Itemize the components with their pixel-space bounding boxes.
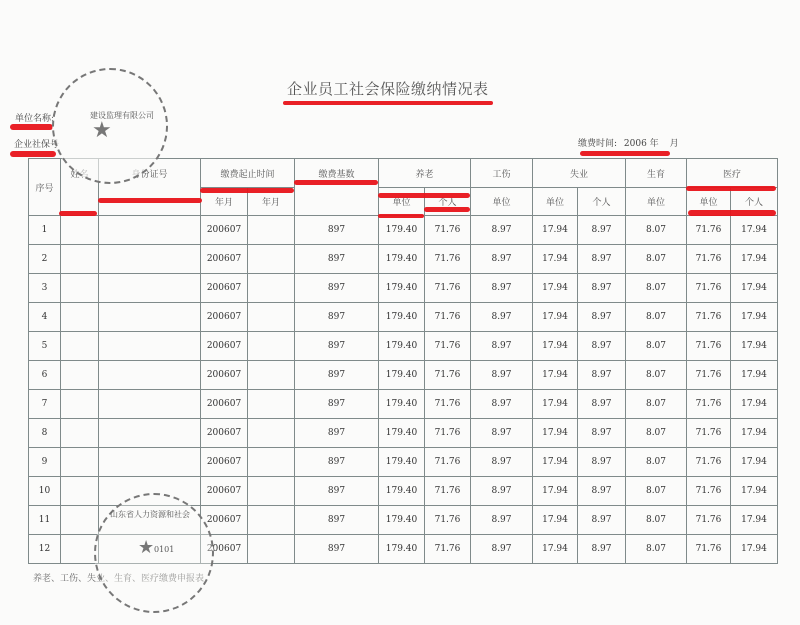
cell-pension-unit: 179.40 [379,216,425,245]
start-time-header-redaction [200,188,294,193]
cell-unemp-unit: 17.94 [533,448,578,477]
cell-unemp-unit: 17.94 [533,245,578,274]
cell-maternity-unit: 8.07 [626,274,687,303]
cell-name [61,245,99,274]
cell-maternity-unit: 8.07 [626,303,687,332]
payment-month-label: 月 [670,139,679,149]
cell-seq: 12 [29,535,61,564]
cell-medical-person: 17.94 [731,506,778,535]
cell-injury-unit: 8.97 [471,274,533,303]
base-header-redaction [294,180,378,185]
cell-start: 200607 [201,303,248,332]
header-pension-unit: 单位 [379,188,425,216]
cell-injury-unit: 8.97 [471,390,533,419]
cell-name [61,216,99,245]
cell-base: 897 [295,506,379,535]
cell-unemp-person: 8.97 [578,303,626,332]
cell-unemp-person: 8.97 [578,419,626,448]
cell-pension-person: 71.76 [425,245,471,274]
cell-name [61,448,99,477]
cell-unemp-unit: 17.94 [533,332,578,361]
cell-pension-person: 71.76 [425,535,471,564]
cell-maternity-unit: 8.07 [626,419,687,448]
cell-base: 897 [295,274,379,303]
cell-seq: 8 [29,419,61,448]
header-pension: 养老 [379,159,471,188]
cell-pension-person: 71.76 [425,419,471,448]
header-injury-unit: 单位 [471,188,533,216]
cell-medical-unit: 71.76 [687,390,731,419]
cell-name [61,419,99,448]
cell-base: 897 [295,332,379,361]
authority-seal-center-text: 0101 [154,545,174,554]
cell-medical-unit: 71.76 [687,274,731,303]
cell-pension-unit: 179.40 [379,448,425,477]
cell-unemp-unit: 17.94 [533,477,578,506]
cell-pension-unit: 179.40 [379,303,425,332]
cell-injury-unit: 8.97 [471,361,533,390]
cell-medical-person: 17.94 [731,448,778,477]
company-seal-stamp: 建设监理有限公司 ★ [52,68,168,184]
cell-injury-unit: 8.97 [471,506,533,535]
cell-end [248,216,295,245]
medical-header-redaction-1 [686,186,776,191]
authority-seal-stamp: 山东省人力资源和社会 ★ 0101 [94,493,214,613]
cell-unemp-person: 8.97 [578,535,626,564]
cell-medical-unit: 71.76 [687,419,731,448]
header-injury: 工伤 [471,159,533,188]
pension-header-redaction-1 [378,193,470,198]
cell-seq: 5 [29,332,61,361]
cell-start: 200607 [201,390,248,419]
cell-pension-unit: 179.40 [379,419,425,448]
cell-medical-person: 17.94 [731,303,778,332]
cell-unemp-person: 8.97 [578,448,626,477]
cell-end [248,477,295,506]
cell-end [248,332,295,361]
cell-start: 200607 [201,332,248,361]
table-row: 9200607897179.4071.768.9717.948.978.0771… [29,448,778,477]
cell-id-no [99,361,201,390]
cell-medical-unit: 71.76 [687,245,731,274]
table-row: 2200607897179.4071.768.9717.948.978.0771… [29,245,778,274]
cell-id-no [99,303,201,332]
cell-unemp-person: 8.97 [578,216,626,245]
cell-end [248,361,295,390]
cell-pension-person: 71.76 [425,303,471,332]
table-row: 7200607897179.4071.768.9717.948.978.0771… [29,390,778,419]
cell-seq: 6 [29,361,61,390]
cell-id-no [99,245,201,274]
cell-injury-unit: 8.97 [471,477,533,506]
cell-end [248,245,295,274]
unit-name-label: 单位名称: [15,111,54,124]
table-row: 1200607897179.4071.768.9717.948.978.0771… [29,216,778,245]
cell-name [61,535,99,564]
cell-end [248,303,295,332]
header-unemployment-person: 个人 [578,188,626,216]
cell-unemp-unit: 17.94 [533,419,578,448]
cell-id-no [99,390,201,419]
cell-medical-person: 17.94 [731,332,778,361]
cell-unemp-person: 8.97 [578,274,626,303]
cell-base: 897 [295,303,379,332]
cell-maternity-unit: 8.07 [626,535,687,564]
cell-end [248,390,295,419]
header-maternity-unit: 单位 [626,188,687,216]
cell-seq: 1 [29,216,61,245]
cell-maternity-unit: 8.07 [626,390,687,419]
header-maternity: 生育 [626,159,687,188]
social-security-no-label: 企业社保号 [14,137,59,150]
cell-pension-unit: 179.40 [379,506,425,535]
cell-seq: 9 [29,448,61,477]
cell-pension-unit: 179.40 [379,245,425,274]
cell-base: 897 [295,419,379,448]
cell-maternity-unit: 8.07 [626,216,687,245]
cell-pension-unit: 179.40 [379,274,425,303]
header-seq: 序号 [29,159,61,216]
cell-base: 897 [295,390,379,419]
cell-maternity-unit: 8.07 [626,361,687,390]
cell-pension-unit: 179.40 [379,361,425,390]
cell-name [61,390,99,419]
cell-id-no [99,332,201,361]
cell-medical-unit: 71.76 [687,477,731,506]
cell-base: 897 [295,477,379,506]
cell-injury-unit: 8.97 [471,535,533,564]
cell-maternity-unit: 8.07 [626,506,687,535]
cell-pension-person: 71.76 [425,448,471,477]
cell-injury-unit: 8.97 [471,245,533,274]
authority-seal-top-text: 山东省人力资源和社会 [110,509,190,520]
cell-end [248,274,295,303]
cell-name [61,303,99,332]
document-title: 企业员工社会保险缴纳情况表 [287,78,489,99]
payment-year: 2006 年 [624,139,659,149]
cell-pension-person: 71.76 [425,332,471,361]
payment-time: 缴费时间: 2006 年 月 [578,136,679,149]
cell-start: 200607 [201,419,248,448]
cell-base: 897 [295,448,379,477]
table-row: 6200607897179.4071.768.9717.948.978.0771… [29,361,778,390]
cell-id-no [99,419,201,448]
cell-unemp-unit: 17.94 [533,216,578,245]
cell-pension-unit: 179.40 [379,332,425,361]
cell-medical-unit: 71.76 [687,535,731,564]
cell-pension-person: 71.76 [425,274,471,303]
cell-medical-unit: 71.76 [687,448,731,477]
cell-injury-unit: 8.97 [471,216,533,245]
cell-injury-unit: 8.97 [471,332,533,361]
header-start-time: 缴费起止时间 [201,159,295,188]
cell-end [248,448,295,477]
cell-id-no [99,274,201,303]
cell-base: 897 [295,245,379,274]
cell-id-no [99,216,201,245]
cell-seq: 7 [29,390,61,419]
cell-pension-person: 71.76 [425,477,471,506]
cell-medical-unit: 71.76 [687,332,731,361]
cell-pension-unit: 179.40 [379,535,425,564]
pension-header-redaction-3 [378,214,424,218]
cell-name [61,332,99,361]
payment-time-redaction [580,151,670,156]
cell-medical-person: 17.94 [731,477,778,506]
cell-pension-person: 71.76 [425,506,471,535]
cell-base: 897 [295,535,379,564]
cell-medical-person: 17.94 [731,274,778,303]
unit-name-redaction [10,124,53,130]
cell-injury-unit: 8.97 [471,448,533,477]
cell-name [61,477,99,506]
cell-maternity-unit: 8.07 [626,448,687,477]
cell-unemp-person: 8.97 [578,506,626,535]
cell-name [61,361,99,390]
cell-medical-unit: 71.76 [687,506,731,535]
cell-maternity-unit: 8.07 [626,245,687,274]
cell-unemp-unit: 17.94 [533,274,578,303]
cell-unemp-person: 8.97 [578,332,626,361]
cell-maternity-unit: 8.07 [626,477,687,506]
cell-base: 897 [295,361,379,390]
cell-start: 200607 [201,274,248,303]
cell-pension-unit: 179.40 [379,477,425,506]
cell-unemp-person: 8.97 [578,390,626,419]
cell-medical-person: 17.94 [731,216,778,245]
cell-unemp-unit: 17.94 [533,303,578,332]
cell-injury-unit: 8.97 [471,419,533,448]
cell-unemp-person: 8.97 [578,361,626,390]
cell-seq: 2 [29,245,61,274]
table-row: 4200607897179.4071.768.9717.948.978.0771… [29,303,778,332]
name-header-redaction [59,211,97,216]
star-icon: ★ [138,537,154,558]
cell-injury-unit: 8.97 [471,303,533,332]
payment-time-label: 缴费时间: [578,139,617,149]
cell-unemp-unit: 17.94 [533,390,578,419]
social-security-no-redaction [10,151,56,157]
cell-medical-person: 17.94 [731,535,778,564]
cell-start: 200607 [201,216,248,245]
cell-medical-person: 17.94 [731,419,778,448]
medical-header-redaction-2 [688,210,776,216]
cell-seq: 3 [29,274,61,303]
cell-medical-unit: 71.76 [687,303,731,332]
header-base: 缴费基数 [295,159,379,216]
header-unemployment-unit: 单位 [533,188,578,216]
cell-start: 200607 [201,361,248,390]
star-icon: ★ [92,118,112,143]
cell-medical-person: 17.94 [731,245,778,274]
pension-header-redaction-2 [424,207,470,212]
cell-medical-person: 17.94 [731,361,778,390]
cell-end [248,535,295,564]
cell-id-no [99,448,201,477]
cell-name [61,274,99,303]
cell-pension-person: 71.76 [425,361,471,390]
cell-unemp-person: 8.97 [578,245,626,274]
cell-start: 200607 [201,448,248,477]
cell-start: 200607 [201,477,248,506]
table-row: 5200607897179.4071.768.9717.948.978.0771… [29,332,778,361]
cell-pension-person: 71.76 [425,216,471,245]
cell-unemp-unit: 17.94 [533,361,578,390]
id-header-redaction [98,198,202,203]
cell-medical-unit: 71.76 [687,216,731,245]
cell-name [61,506,99,535]
header-medical: 医疗 [687,159,778,188]
cell-end [248,419,295,448]
header-unemployment: 失业 [533,159,626,188]
cell-seq: 10 [29,477,61,506]
cell-seq: 11 [29,506,61,535]
cell-end [248,506,295,535]
cell-pension-person: 71.76 [425,390,471,419]
table-row: 8200607897179.4071.768.9717.948.978.0771… [29,419,778,448]
cell-maternity-unit: 8.07 [626,332,687,361]
cell-seq: 4 [29,303,61,332]
cell-pension-unit: 179.40 [379,390,425,419]
cell-base: 897 [295,216,379,245]
cell-medical-unit: 71.76 [687,361,731,390]
table-row: 3200607897179.4071.768.9717.948.978.0771… [29,274,778,303]
title-underline-mark [283,101,493,105]
cell-unemp-person: 8.97 [578,477,626,506]
cell-medical-person: 17.94 [731,390,778,419]
cell-unemp-unit: 17.94 [533,535,578,564]
cell-start: 200607 [201,245,248,274]
cell-unemp-unit: 17.94 [533,506,578,535]
